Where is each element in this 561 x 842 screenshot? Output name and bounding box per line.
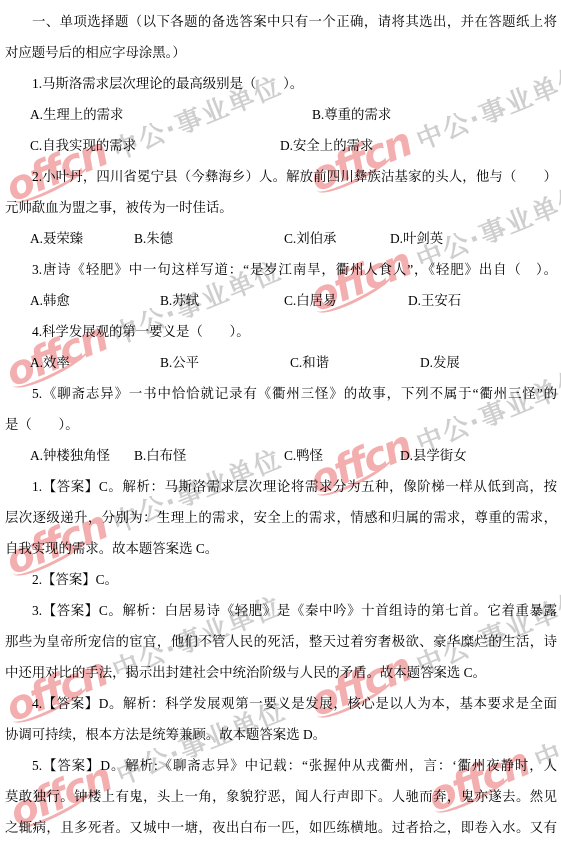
answer-4-line-1: 4.【答案】D。解析：科学发展观第一要义是发展，核心是以人为本，基本要求是全面 — [5, 688, 557, 719]
answer-3-line-1: 3.【答案】C。解析：白居易诗《轻肥》是《秦中吟》十首组诗的第七首。它着重暴露 — [5, 595, 557, 626]
question-4-stem: 4.科学发展观的第一要义是（ ）。 — [5, 316, 557, 347]
question-5-stem-line-2: 是（ ）。 — [5, 409, 557, 440]
q1-option-b: B.尊重的需求 — [312, 99, 391, 130]
q3-option-b: B.苏轼 — [160, 285, 199, 316]
q4-option-a: A.效率 — [30, 347, 70, 378]
document-page: 一、单项选择题（以下各题的备选答案中只有一个正确，请将其选出，并在答题纸上将 对… — [0, 0, 561, 842]
answer-4-line-2: 协调可持续，根本方法是统筹兼顾。故本题答案选 D。 — [5, 719, 557, 750]
answer-5-line-2: 莫敢独行。钟楼上有鬼，头上一角，象貌狞恶，闻人行声即下。人驰而奔，鬼亦遂去。然见 — [5, 781, 557, 812]
q3-option-c: C.白居易 — [284, 285, 336, 316]
answer-5-line-1: 5.【答案】D。解析:《聊斋志异》中记载：“张握仲从戎衢州，言：‘衢州夜静时，人 — [5, 750, 557, 781]
section-header-line-1: 一、单项选择题（以下各题的备选答案中只有一个正确，请将其选出，并在答题纸上将 — [5, 6, 557, 37]
question-5-stem-line-1: 5.《聊斋志异》一书中恰恰就记录有《衢州三怪》的故事，下列不属于“衢州三怪”的 — [5, 378, 557, 409]
q5-option-a: A.钟楼独角怪 — [30, 440, 110, 471]
question-5-options-row: A.钟楼独角怪 B.白布怪 C.鸭怪 D.县学街女 — [5, 440, 557, 471]
q3-option-d: D.王安石 — [408, 285, 461, 316]
question-3-stem: 3.唐诗《轻肥》中一句这样写道：“是岁江南旱，衢州人食人”，《轻肥》出自（ ）。 — [5, 254, 557, 285]
question-2-stem-line-2: 元帅歃血为盟之事，被传为一时佳话。 — [5, 192, 557, 223]
answer-2-line-1: 2.【答案】C。 — [5, 564, 557, 595]
question-2-options-row: A.聂荣臻 B.朱德 C.刘伯承 D.叶剑英 — [5, 223, 557, 254]
q5-option-d: D.县学街女 — [400, 440, 467, 471]
q3-option-a: A.韩愈 — [30, 285, 70, 316]
q4-option-c: C.和谐 — [290, 347, 329, 378]
question-4-options-row: A.效率 B.公平 C.和谐 D.发展 — [5, 347, 557, 378]
question-3-options-row: A.韩愈 B.苏轼 C.白居易 D.王安石 — [5, 285, 557, 316]
q4-option-d: D.发展 — [420, 347, 460, 378]
question-2-stem-line-1: 2.小叶丹，四川省冕宁县（今彝海乡）人。解放前四川彝族沽基家的头人，他与（ ） — [5, 161, 557, 192]
answer-5-line-3: 之辄病，且多死者。又城中一塘，夜出白布一匹，如匹练横地。过者拾之，即卷入水。又有 — [5, 812, 557, 842]
q1-option-a: A.生理上的需求 — [30, 99, 123, 130]
answer-3-line-2: 那些为皇帝所宠信的宦官，他们不管人民的死活，整天过着穷奢极欲、豪华糜烂的生活，诗 — [5, 626, 557, 657]
section-header-line-2: 对应题号后的相应字母涂黑。） — [5, 37, 557, 68]
question-1-options-row-2: C.自我实现的需求 D.安全上的需求 — [5, 130, 557, 161]
q1-option-c: C.自我实现的需求 — [30, 130, 136, 161]
q2-option-d: D.叶剑英 — [390, 223, 443, 254]
q4-option-b: B.公平 — [160, 347, 199, 378]
answer-1-line-2: 层次逐级递升，分别为：生理上的需求，安全上的需求，情感和归属的需求，尊重的需求， — [5, 502, 557, 533]
answer-1-line-1: 1.【答案】C。解析：马斯洛需求层次理论将需求分为五种，像阶梯一样从低到高，按 — [5, 471, 557, 502]
q5-option-c: C.鸭怪 — [284, 440, 323, 471]
answer-1-line-3: 自我实现的需求。故本题答案选 C。 — [5, 533, 557, 564]
question-1-stem: 1.马斯洛需求层次理论的最高级别是（ ）。 — [5, 68, 557, 99]
q2-option-b: B.朱德 — [134, 223, 173, 254]
q5-option-b: B.白布怪 — [134, 440, 186, 471]
question-1-options-row-1: A.生理上的需求 B.尊重的需求 — [5, 99, 557, 130]
q2-option-c: C.刘伯承 — [284, 223, 336, 254]
q2-option-a: A.聂荣臻 — [30, 223, 83, 254]
answer-3-line-3: 中还用对比的手法，揭示出封建社会中统治阶级与人民的矛盾。故本题答案选 C。 — [5, 657, 557, 688]
q1-option-d: D.安全上的需求 — [280, 130, 373, 161]
